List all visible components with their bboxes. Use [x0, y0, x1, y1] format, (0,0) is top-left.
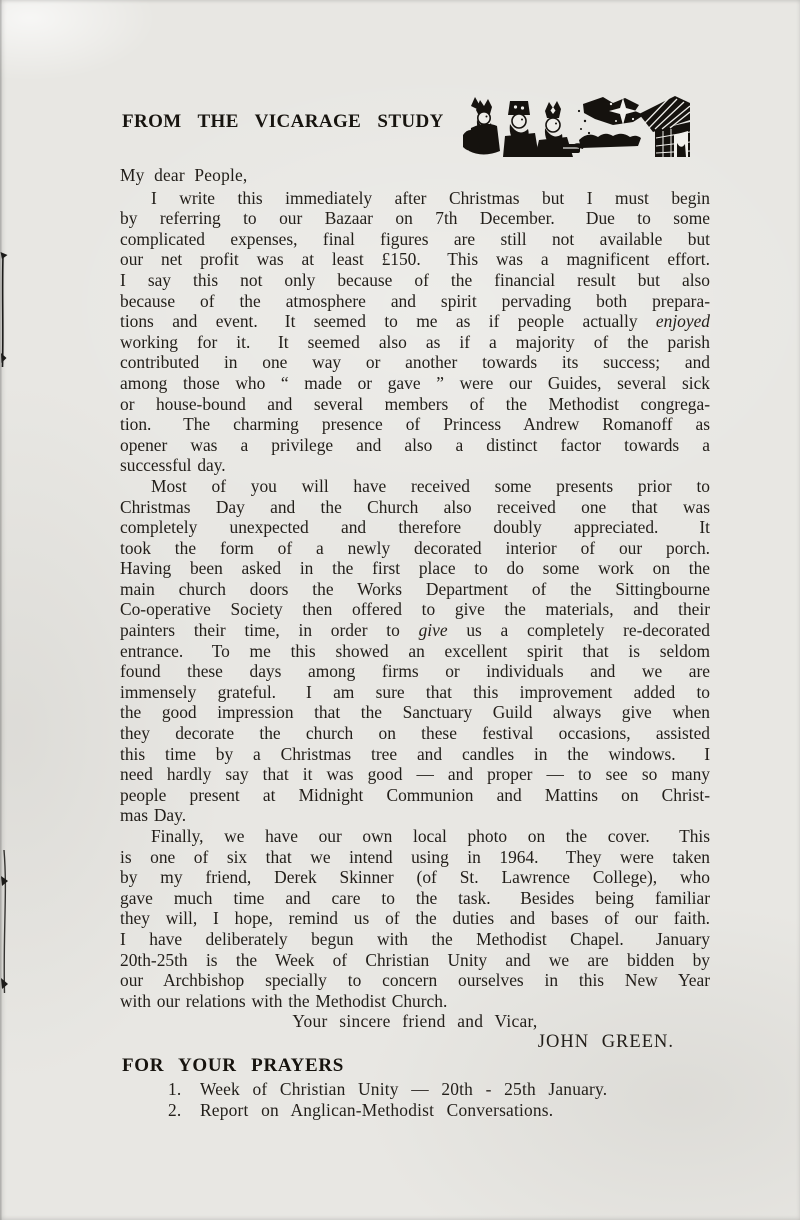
letter-line: mas Day. [120, 805, 710, 826]
prayer-item: 1.Week of Christian Unity — 20th - 25th … [120, 1079, 710, 1101]
prayer-item-text: Week of Christian Unity — 20th - 25th Ja… [200, 1079, 607, 1101]
letter-line: they decorate the church on these festiv… [120, 723, 710, 744]
scan-artifact-marks [0, 0, 14, 1220]
letter-line: Co-operative Society then offered to giv… [120, 599, 710, 620]
letter-line: by my friend, Derek Skinner (of St. Lawr… [120, 867, 710, 888]
letter-line: because of the atmosphere and spirit per… [120, 291, 710, 312]
letter-paragraphs: I write this immediately after Christmas… [120, 188, 710, 1012]
letter-line: successful day. [120, 455, 710, 476]
prayers-heading: FOR YOUR PRAYERS [122, 1055, 710, 1077]
letter-line: they will, I hope, remind us of the duti… [120, 908, 710, 929]
letter-line: Most of you will have received some pres… [120, 476, 710, 497]
letter-column: FROM THE VICARAGE STUDY [120, 95, 710, 1122]
letter-line: 20th-25th is the Week of Christian Unity… [120, 950, 710, 971]
salutation: My dear People, [120, 165, 710, 186]
page-title: FROM THE VICARAGE STUDY [122, 111, 444, 133]
prayer-item-number: 2. [168, 1100, 200, 1122]
letter-line: among those who “ made or gave ” were ou… [120, 373, 710, 394]
letter-line: working for it. It seemed also as if a m… [120, 332, 710, 353]
letter-line: with our relations with the Methodist Ch… [120, 991, 710, 1012]
letter-line: entrance. To me this showed an excellent… [120, 641, 710, 662]
letter-signature: JOHN GREEN. [120, 1032, 710, 1053]
letter-line: tion. The charming presence of Princess … [120, 414, 710, 435]
page-edge-shadow [0, 0, 2, 1220]
letter-closing: Your sincere friend and Vicar, [120, 1011, 710, 1032]
letter-line: our net profit was at least £150. This w… [120, 249, 710, 270]
letter-line: is one of six that we intend using in 19… [120, 847, 710, 868]
letter-line: immensely grateful. I am sure that this … [120, 682, 710, 703]
letter-line: people present at Midnight Communion and… [120, 785, 710, 806]
letter-line: Finally, we have our own local photo on … [120, 826, 710, 847]
letter-line: found these days among firms or individu… [120, 661, 710, 682]
page-header: FROM THE VICARAGE STUDY [120, 95, 710, 165]
letter-line: this time by a Christmas tree and candle… [120, 744, 710, 765]
letter-line: the good impression that the Sanctuary G… [120, 702, 710, 723]
prayer-item-text: Report on Anglican-Methodist Conversatio… [200, 1100, 553, 1122]
magi-star-stable-illustration [463, 95, 690, 157]
letter-line: Christmas Day and the Church also receiv… [120, 497, 710, 518]
letter-line: I have deliberately begun with the Metho… [120, 929, 710, 950]
letter-line: gave much time and care to the task. Bes… [120, 888, 710, 909]
letter-line: took the form of a newly decorated inter… [120, 538, 710, 559]
letter-line: opener was a privilege and also a distin… [120, 435, 710, 456]
letter-line: by referring to our Bazaar on 7th Decemb… [120, 208, 710, 229]
prayer-item-number: 1. [168, 1079, 200, 1101]
letter-line: I write this immediately after Christmas… [120, 188, 710, 209]
letter-line: main church doors the Works Department o… [120, 579, 710, 600]
letter-line: complicated expenses, final figures are … [120, 229, 710, 250]
letter-line: completely unexpected and therefore doub… [120, 517, 710, 538]
prayers-list: 1.Week of Christian Unity — 20th - 25th … [120, 1079, 710, 1122]
letter-line: need hardly say that it was good — and p… [120, 764, 710, 785]
letter-line: our Archbishop specially to concern ours… [120, 970, 710, 991]
letter-line: or house-bound and several members of th… [120, 394, 710, 415]
letter-line: I say this not only because of the finan… [120, 270, 710, 291]
letter-line: contributed in one way or another toward… [120, 352, 710, 373]
letter-line: painters their time, in order to give us… [120, 620, 710, 641]
letter-line: Having been asked in the first place to … [120, 558, 710, 579]
letter-line: tions and event. It seemed to me as if p… [120, 311, 710, 332]
magazine-page: FROM THE VICARAGE STUDY [0, 0, 800, 1220]
prayer-item: 2.Report on Anglican-Methodist Conversat… [120, 1100, 710, 1122]
